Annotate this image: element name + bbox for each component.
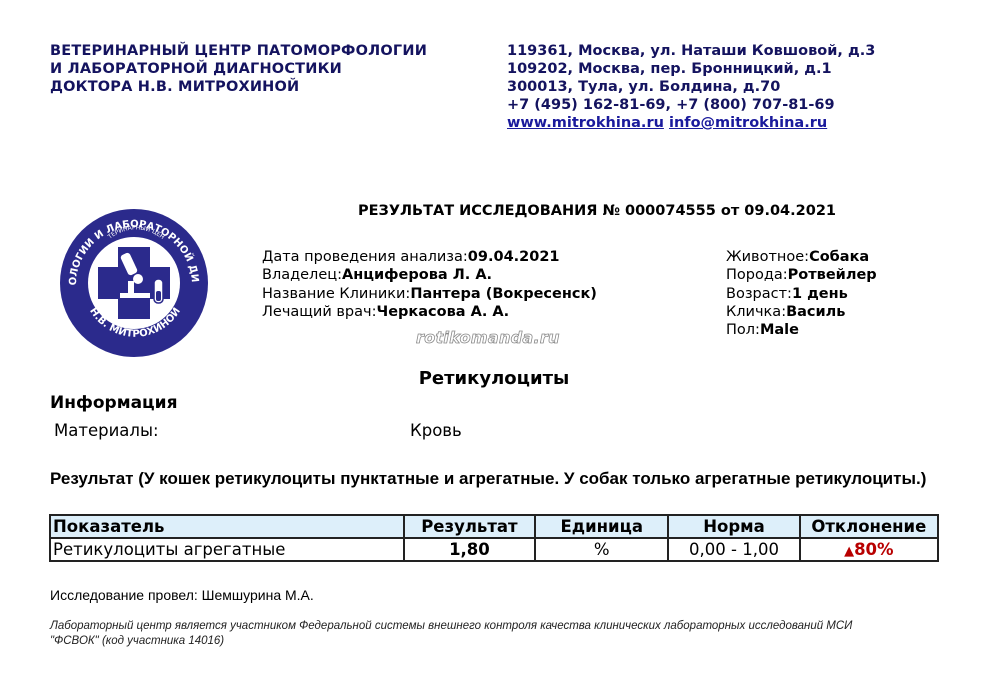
quality-note: Лабораторный центр является участником Ф… <box>50 619 890 649</box>
info-heading: Информация <box>50 393 177 413</box>
email-link[interactable]: info@mitrokhina.ru <box>669 115 827 131</box>
table-row: Ретикулоциты агрегатные 1,80 % 0,00 - 1,… <box>50 538 938 561</box>
org-line: ДОКТОРА Н.В. МИТРОХИНОЙ <box>50 78 427 96</box>
cell-norm: 0,00 - 1,00 <box>668 538 799 561</box>
org-line: И ЛАБОРАТОРНОЙ ДИАГНОСТИКИ <box>50 60 427 78</box>
column-header-unit: Единица <box>535 515 668 538</box>
detail-age: Возраст:1 день <box>726 285 877 303</box>
address-line: 109202, Москва, пер. Бронницкий, д.1 <box>507 60 875 78</box>
clinic-logo: ПАТОМОРФОЛОГИИ И ЛАБОРАТОРНОЙ ДИАГНОСТИК… <box>58 207 210 359</box>
cell-deviation: ▲80% <box>800 538 938 561</box>
detail-owner: Владелец:Анциферова Л. А. <box>262 266 597 284</box>
results-table: Показатель Результат Единица Норма Откло… <box>49 514 939 562</box>
website-link[interactable]: www.mitrokhina.ru <box>507 115 664 131</box>
test-name: Ретикулоциты <box>0 368 981 389</box>
column-header-result: Результат <box>404 515 535 538</box>
animal-details: Животное:Собака Порода:Ротвейлер Возраст… <box>726 248 877 339</box>
org-line: ВЕТЕРИНАРНЫЙ ЦЕНТР ПАТОМОРФОЛОГИИ <box>50 42 427 60</box>
organization-name: ВЕТЕРИНАРНЫЙ ЦЕНТР ПАТОМОРФОЛОГИИ И ЛАБО… <box>50 42 427 96</box>
detail-sex: Пол:Male <box>726 321 877 339</box>
deviation-value: 80% <box>854 540 894 559</box>
result-heading: Результат (У кошек ретикулоциты пунктатн… <box>50 468 940 489</box>
column-header-deviation: Отклонение <box>800 515 938 538</box>
detail-analysis-date: Дата проведения анализа:09.04.2021 <box>262 248 597 266</box>
watermark: rotikomanda.ru <box>416 328 560 347</box>
arrow-up-icon: ▲ <box>844 544 854 559</box>
column-header-norm: Норма <box>668 515 799 538</box>
material-label: Материалы: <box>54 421 159 440</box>
logo-emblem-icon: ПАТОМОРФОЛОГИИ И ЛАБОРАТОРНОЙ ДИАГНОСТИК… <box>58 207 210 359</box>
material-value: Кровь <box>410 421 462 440</box>
detail-animal: Животное:Собака <box>726 248 877 266</box>
cell-unit: % <box>535 538 668 561</box>
detail-nickname: Кличка:Василь <box>726 303 877 321</box>
phones: +7 (495) 162-81-69, +7 (800) 707-81-69 <box>507 96 875 114</box>
cell-result: 1,80 <box>404 538 535 561</box>
address-line: 119361, Москва, ул. Наташи Ковшовой, д.3 <box>507 42 875 60</box>
table-header-row: Показатель Результат Единица Норма Откло… <box>50 515 938 538</box>
visit-details: Дата проведения анализа:09.04.2021 Владе… <box>262 248 597 321</box>
cell-indicator: Ретикулоциты агрегатные <box>50 538 404 561</box>
detail-breed: Порода:Ротвейлер <box>726 266 877 284</box>
column-header-indicator: Показатель <box>50 515 404 538</box>
detail-clinic: Название Клиники:Пантера (Вокресенск) <box>262 285 597 303</box>
performer: Исследование провел: Шемшурина М.А. <box>50 587 314 603</box>
detail-doctor: Лечащий врач:Черкасова А. А. <box>262 303 597 321</box>
address-line: 300013, Тула, ул. Болдина, д.70 <box>507 78 875 96</box>
contacts-block: 119361, Москва, ул. Наташи Ковшовой, д.3… <box>507 42 875 132</box>
